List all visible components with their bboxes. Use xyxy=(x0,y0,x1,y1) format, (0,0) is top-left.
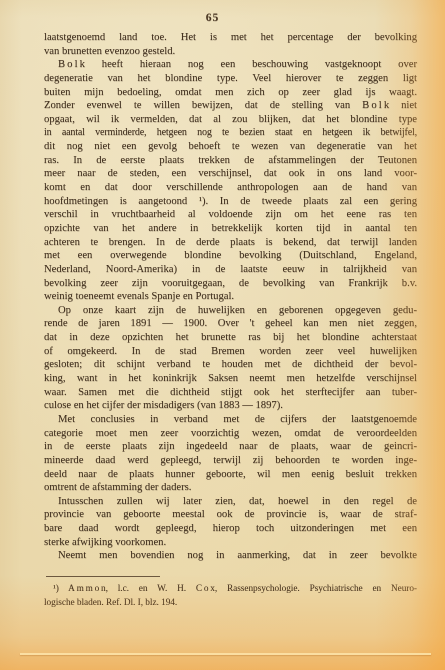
text-line: verschil in vruchtbaarheid al voldoende … xyxy=(44,208,417,222)
text-line: gesloten; dit schijnt verband te houden … xyxy=(44,358,417,372)
text-line: of omgekeerd. In de stad Bremen worden z… xyxy=(44,345,417,359)
text-line: van brunetten evenzoo gesteld. xyxy=(44,45,417,59)
text-line: king, want in het koninkrijk Saksen neem… xyxy=(44,372,417,386)
text-line: achteren te brengen. In de derde plaats … xyxy=(44,236,417,250)
paragraph: Intusschen zullen wij later zien, dat, h… xyxy=(44,495,417,550)
text-line: sterke afwijking voorkomen. xyxy=(44,536,417,550)
text-line: bevolking zeer zijn vooruitgegaan, de be… xyxy=(44,277,417,291)
book-page: 65 laatstgenoemd land toe. Het is met he… xyxy=(0,0,445,670)
text-line: deeld naar de plaats hunner geboorte, wi… xyxy=(44,468,417,482)
text-line: opzichte van het andere in betrekkelijk … xyxy=(44,222,417,236)
text-line: omtrent de afstamming der daders. xyxy=(44,481,417,495)
text-line: dat in deze opzichten het brunette ras b… xyxy=(44,331,417,345)
text-line: Zonder evenwel te willen bewijzen, dat d… xyxy=(44,99,417,113)
text-line: rende de jaren 1891 — 1900. Over 't gehe… xyxy=(44,317,417,331)
text-line: waar. Samen met die dichtheid stijgt ook… xyxy=(44,386,417,400)
text-line: B o l k heeft hieraan nog een beschouwin… xyxy=(44,58,417,72)
text-line: ras. In de eerste plaats trekken de afst… xyxy=(44,154,417,168)
text-line: hoofdmetingen is aangetoond ¹). In de tw… xyxy=(44,195,417,209)
text-line: Met conclusies in verband met de cijfers… xyxy=(44,413,417,427)
text-line: bare daad wordt gepleegd, hierop toch ui… xyxy=(44,522,417,536)
text-line: categorie moet men zeer voorzichtig weze… xyxy=(44,427,417,441)
text-line: laatstgenoemd land toe. Het is met het p… xyxy=(44,31,417,45)
text-line: Neemt men bovendien nog in aanmerking, d… xyxy=(44,549,417,563)
text-line: Intusschen zullen wij later zien, dat, h… xyxy=(44,495,417,509)
text-line: dit nog niet een gevolg behoeft te wezen… xyxy=(44,140,417,154)
paragraph: Op onze kaart zijn de huwelijken en gebo… xyxy=(44,304,417,413)
page-edge-crease xyxy=(20,653,431,655)
text-line: culose en het cijfer der misdadigers (va… xyxy=(44,399,417,413)
page-number: 65 xyxy=(0,12,435,24)
paragraph: Met conclusies in verband met de cijfers… xyxy=(44,413,417,495)
text-line: provincie van geboorte meestal ook de pr… xyxy=(44,508,417,522)
text-line: mineerde daad werd gepleegd, terwijl zij… xyxy=(44,454,417,468)
text-line: ¹) A m m o n, l.c. en W. H. C o x, Rasse… xyxy=(44,582,417,596)
paragraph: Neemt men bovendien nog in aanmerking, d… xyxy=(44,549,417,563)
text-line: logische bladen. Ref. Dl. I, blz. 194. xyxy=(44,596,417,610)
footnote: ¹) A m m o n, l.c. en W. H. C o x, Rasse… xyxy=(44,582,417,609)
text-line: Op onze kaart zijn de huwelijken en gebo… xyxy=(44,304,417,318)
text-line: weinig toeneemt evenals Spanje en Portug… xyxy=(44,290,417,304)
paragraph: laatstgenoemd land toe. Het is met het p… xyxy=(44,31,417,58)
text-line: in aantal verminderde, hetgeen nog te be… xyxy=(44,126,417,140)
text-line: komt en dat door verschillende anthropol… xyxy=(44,181,417,195)
text-line: Nederland, Noord-Amerika) in de laatste … xyxy=(44,263,417,277)
text-line: degeneratie van het blondine type. Veel … xyxy=(44,72,417,86)
footnote-separator xyxy=(46,576,160,577)
page-body: laatstgenoemd land toe. Het is met het p… xyxy=(44,31,417,563)
text-line: opgaat, wil ik vermelden, dat al zou bli… xyxy=(44,113,417,127)
text-line: met een overwegende blondine bevolking (… xyxy=(44,249,417,263)
text-line: buiten mijn bedoeling, omdat men zich op… xyxy=(44,86,417,100)
text-line: in de eerste plaats zijn ingedeeld naar … xyxy=(44,440,417,454)
paragraph: B o l k heeft hieraan nog een beschouwin… xyxy=(44,58,417,304)
text-line: meer naar de steden, een verschijnsel, d… xyxy=(44,167,417,181)
